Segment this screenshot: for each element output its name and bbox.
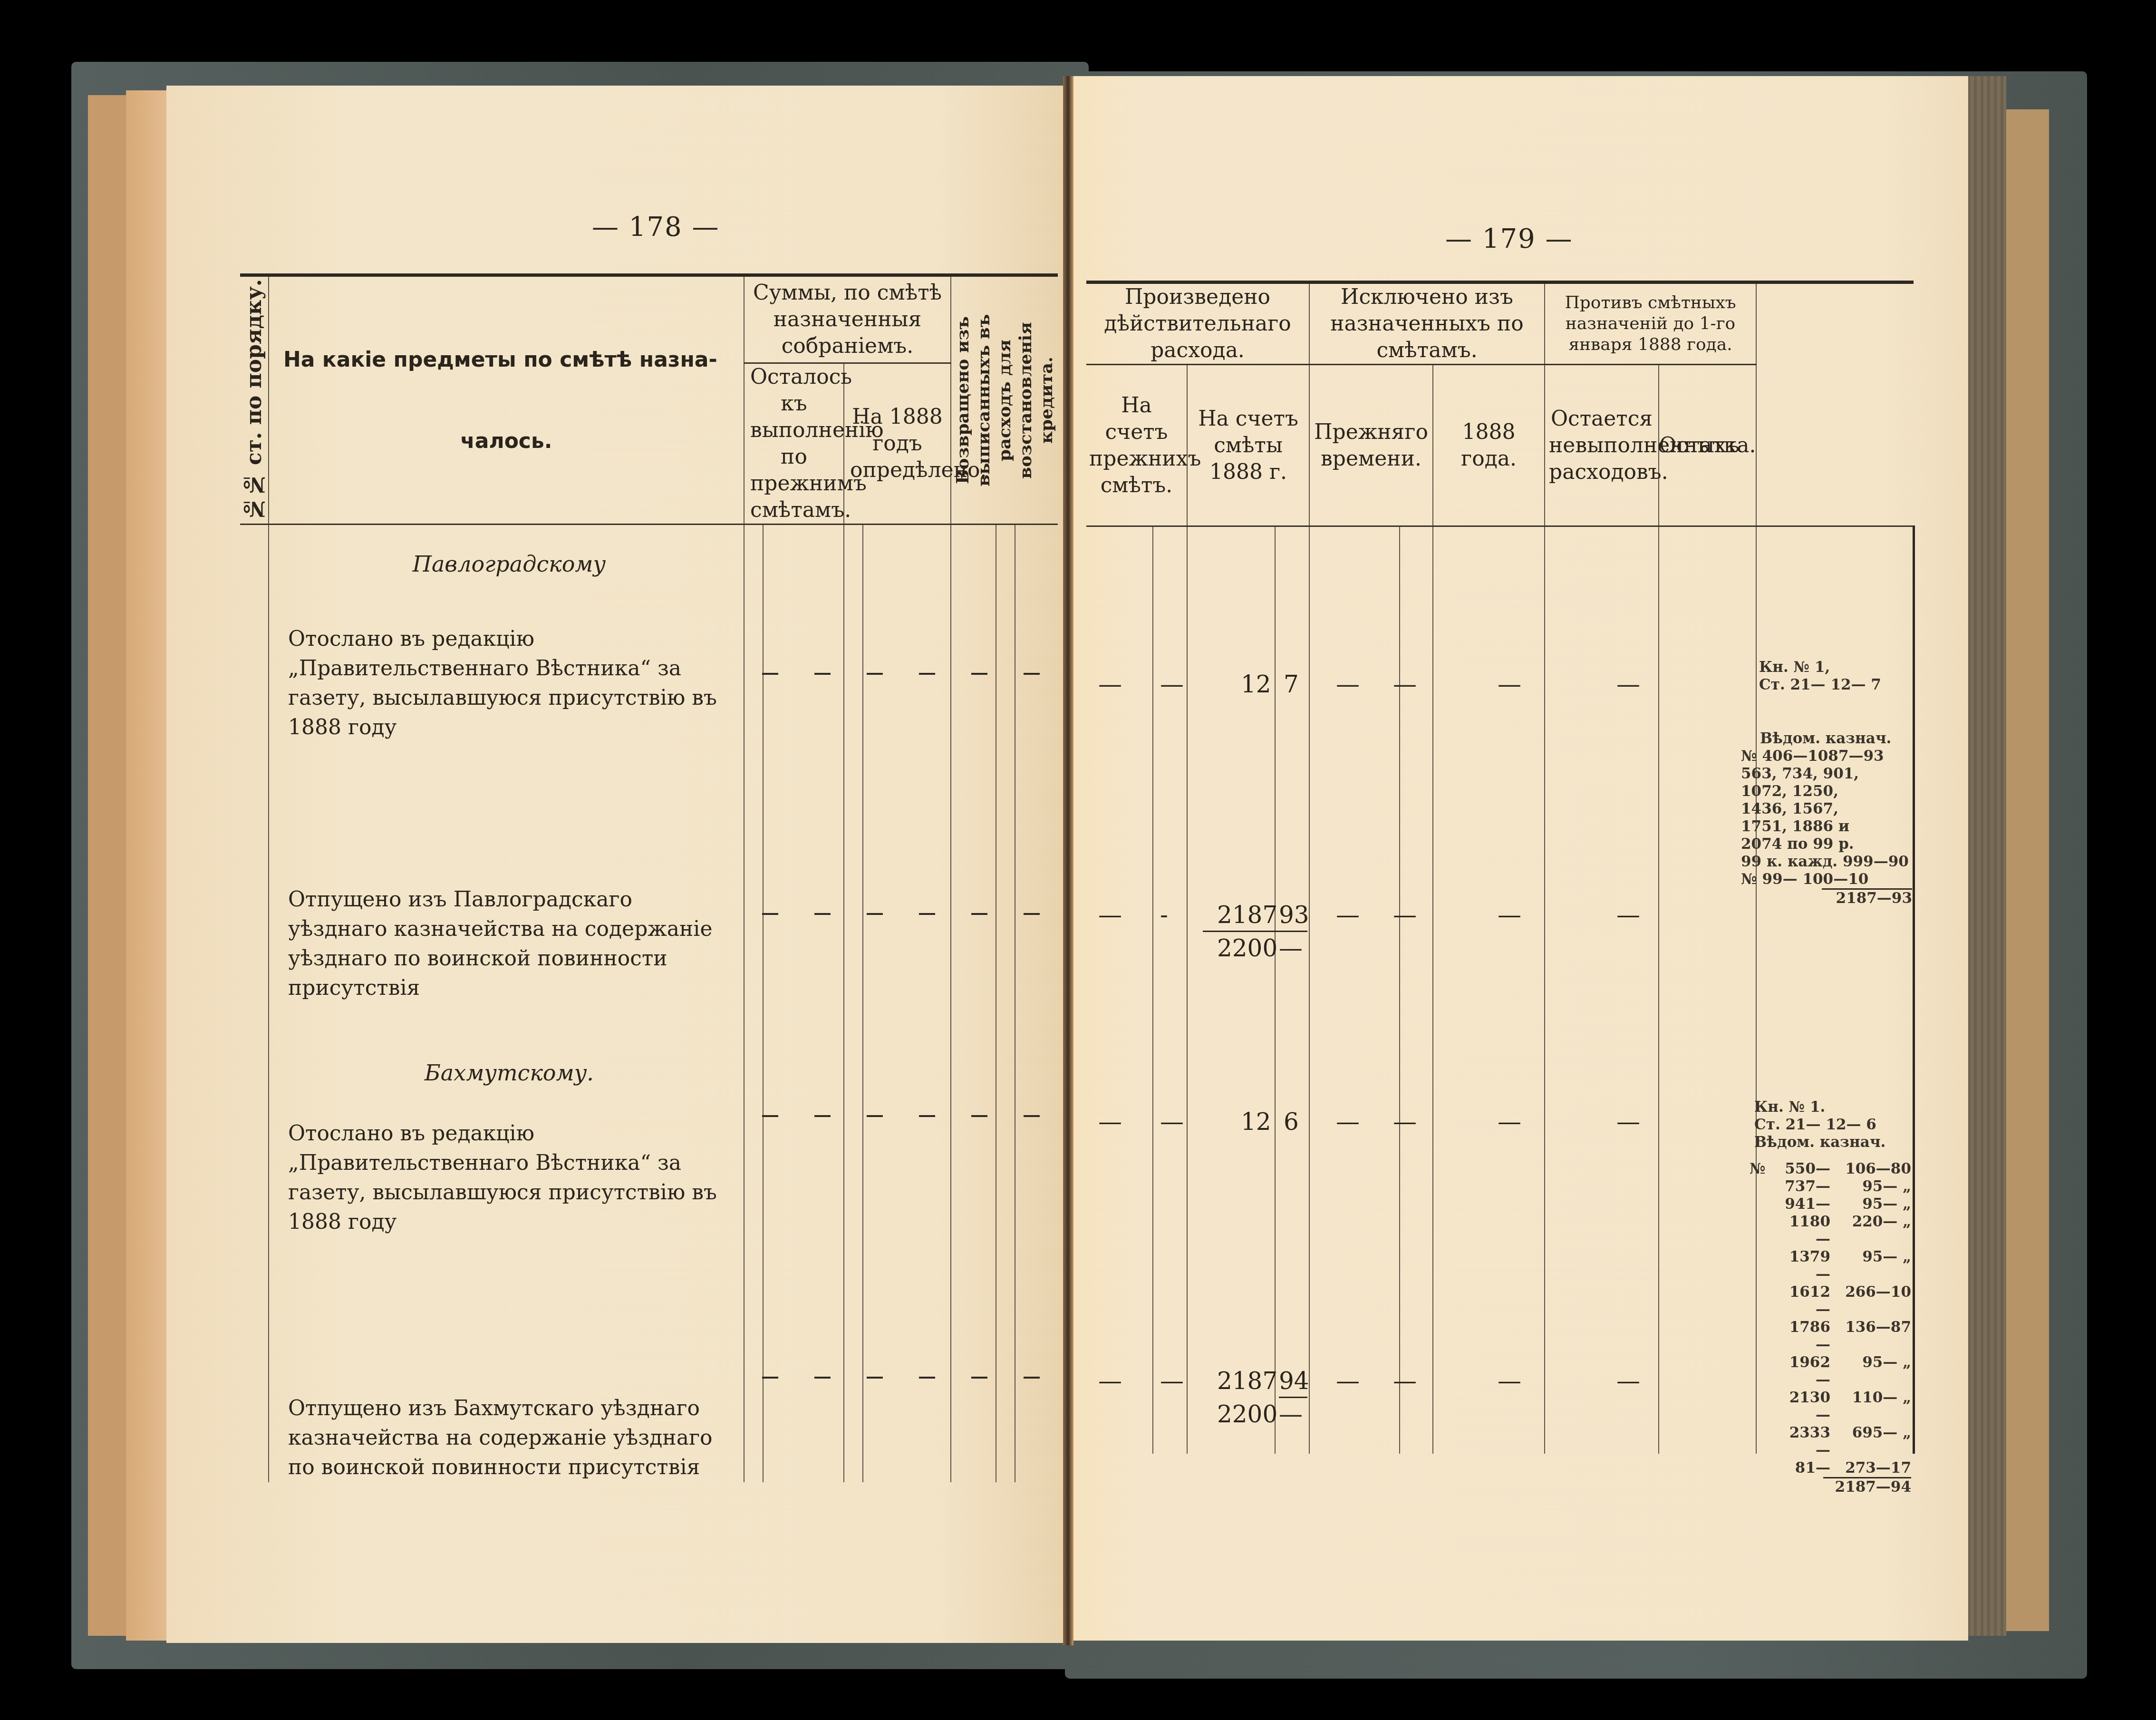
entry-text-3: Отослано въ редакцію „Правительственнаго…	[288, 1119, 730, 1237]
ref-cell	[1750, 1354, 1769, 1389]
ref-line: 99 к. кажд. 999—90	[1741, 853, 1912, 871]
col-1888-header: На 1888 годъ опредѣлено.	[844, 363, 951, 525]
ref-cell: 220— „	[1840, 1213, 1911, 1248]
ref-cell: 95— „	[1840, 1178, 1911, 1195]
group-excluded-header: Исключено изъ назначенныхъ по смѣтамъ.	[1309, 282, 1545, 365]
row2-references: Вѣдом. казнач. № 406—1087—93 563, 734, 9…	[1741, 730, 1912, 907]
dash	[971, 673, 987, 675]
row4-k1888: 94	[1279, 1367, 1309, 1395]
ref-line: Кн. № 1,	[1759, 659, 1911, 676]
col-prev-header: На счетъ прежнихъ смѣтъ.	[1086, 365, 1187, 526]
ref-cell: 1786—	[1778, 1319, 1830, 1354]
entry-text-4: Отпущено изъ Бахмутскаго уѣзднаго казнач…	[288, 1394, 730, 1482]
entry-text-2: Отпущено изъ Павлоградскаго уѣзднаго каз…	[288, 885, 730, 1003]
col-1888-r-cell	[1187, 526, 1275, 1454]
dash	[919, 673, 935, 675]
col-1888-k-cell	[1275, 526, 1309, 1454]
row2-k1888: 93	[1279, 901, 1309, 929]
ref-cell: 2130—	[1778, 1389, 1830, 1424]
dash	[1024, 673, 1040, 675]
dash	[971, 1377, 987, 1379]
dash	[814, 673, 831, 675]
dash	[971, 1115, 987, 1117]
ref-line: 2074 по 99 р.	[1741, 836, 1912, 853]
dash	[867, 673, 883, 675]
col-remaining-k-cell	[763, 525, 844, 1483]
dash	[867, 1115, 883, 1117]
col-number-cell	[240, 525, 269, 1483]
references-header	[1756, 282, 1914, 526]
row3-remainder: —	[1616, 1108, 1640, 1136]
entry-values-4	[744, 1377, 1058, 1379]
ref-cell: 1962—	[1778, 1354, 1830, 1389]
col-remaining-r-cell	[744, 525, 763, 1483]
page-edges-right	[1963, 76, 2006, 1636]
ref-cell: 737—	[1778, 1178, 1830, 1195]
dash	[867, 913, 883, 915]
row4-references: №550—106—80 737—95— „ 941—95— „ 1180—220…	[1750, 1160, 1911, 1496]
row1-remainder: —	[1616, 671, 1640, 698]
row1-prev-time: —	[1336, 671, 1360, 698]
row1-unexec: —	[1498, 671, 1521, 698]
col-prev-time-header: Прежняго времени.	[1309, 365, 1433, 526]
row3-r1888: 12	[1241, 1108, 1271, 1136]
col-sums-group-header: Суммы, по смѣтѣ назначенныя собраніемъ.	[744, 275, 951, 363]
col-returned-label: Возвращено изъ выписанныхъ въ расходъ дл…	[952, 289, 1057, 512]
ref-total: 2187—93	[1822, 888, 1912, 907]
endpaper-left	[88, 95, 131, 1636]
row1-year1888: —	[1393, 671, 1417, 698]
dash	[1024, 913, 1040, 915]
page-number-left: — 178 —	[592, 212, 720, 243]
dash	[762, 913, 778, 915]
ref-cell: 136—87	[1840, 1319, 1911, 1354]
col-1888-k-cell	[863, 525, 951, 1483]
col-returned-a-cell	[951, 525, 996, 1483]
entry-values-1	[744, 673, 1058, 675]
group-actual-header: Произведено дѣйствительнаго расхода.	[1086, 282, 1309, 365]
row4-prev: —	[1098, 1367, 1122, 1395]
ref-cell: 1612—	[1778, 1283, 1830, 1319]
row4-year1888: —	[1393, 1367, 1417, 1395]
dash	[919, 913, 935, 915]
dash	[762, 673, 778, 675]
row4-unexec: —	[1498, 1367, 1521, 1395]
ref-cell	[1750, 1319, 1769, 1354]
ref-row: 1379—95— „	[1750, 1248, 1911, 1283]
dash	[919, 1115, 935, 1117]
ref-row: 1786—136—87	[1750, 1319, 1911, 1354]
col-remainder-header: Остатка.	[1659, 365, 1756, 526]
ledger-table-left: №№ ст. по порядку. На какіе предметы по …	[240, 273, 1058, 1482]
ref-cell: 1379—	[1778, 1248, 1830, 1283]
ref-line: 1436, 1567,	[1741, 800, 1912, 818]
ref-line: 1751, 1886 и	[1741, 818, 1912, 836]
col-prev-time-r-cell	[1309, 526, 1400, 1454]
ref-line: Ст. 21— 12— 7	[1759, 676, 1911, 694]
ref-cell: 106—80	[1840, 1160, 1911, 1178]
col-subject-label-2: чалось.	[283, 429, 729, 453]
row3-prev: —	[1098, 1108, 1122, 1136]
row2-year1888: —	[1393, 901, 1417, 929]
ref-cell	[1750, 1283, 1769, 1319]
dash	[919, 1377, 935, 1379]
group-against-header: Противъ смѣтныхъ назначеній до 1-го янва…	[1545, 282, 1756, 365]
row2-remainder: —	[1616, 901, 1640, 929]
ref-cell	[1750, 1459, 1769, 1477]
row2-prev-k: -	[1160, 901, 1168, 929]
col-returned-b-cell	[996, 525, 1015, 1483]
ref-title: Вѣдом. казнач.	[1741, 730, 1912, 748]
ref-line: Ст. 21— 12— 6	[1754, 1116, 1911, 1134]
entry-values-2	[744, 913, 1058, 915]
col-prev-r-cell	[1086, 526, 1153, 1454]
col-1888-year-cell	[1433, 526, 1545, 1454]
dash	[1024, 1377, 1040, 1379]
col-subject-header: На какіе предметы по смѣтѣ назна- чалось…	[269, 275, 744, 525]
col-number-label: №№ ст. по порядку.	[241, 279, 268, 521]
entry-values-3	[744, 1115, 1058, 1117]
ref-cell: 550—	[1778, 1160, 1830, 1178]
ref-total: 2187—94	[1823, 1477, 1911, 1496]
col-prev-k-cell	[1153, 526, 1187, 1454]
dash	[867, 1377, 883, 1379]
ref-line: Кн. № 1.	[1754, 1098, 1911, 1116]
ref-cell	[1750, 1178, 1769, 1195]
ref-cell	[1750, 1389, 1769, 1424]
ref-row: №550—106—80	[1750, 1160, 1911, 1178]
row2-total-r: 2200	[1217, 934, 1277, 962]
col-returned-header: Возвращено изъ выписанныхъ въ расходъ дл…	[951, 275, 1058, 525]
row4-r1888: 2187	[1217, 1367, 1277, 1395]
dash	[814, 1377, 831, 1379]
row3-k1888: 6	[1284, 1108, 1299, 1136]
ref-cell: 1180—	[1778, 1213, 1830, 1248]
col-1888-header: На счетъ смѣты 1888 г.	[1187, 365, 1309, 526]
row4-prev-k: —	[1160, 1367, 1184, 1395]
row1-references: Кн. № 1, Ст. 21— 12— 7	[1759, 659, 1911, 694]
row3-references: Кн. № 1. Ст. 21— 12— 6 Вѣдом. казнач.	[1754, 1098, 1911, 1151]
ref-row: 1180—220— „	[1750, 1213, 1911, 1248]
entry-text-1: Отослано въ редакцію „Правительственнаго…	[288, 624, 730, 742]
ref-row: 941—95— „	[1750, 1195, 1911, 1213]
section-title-bakhmut: Бахмутскому.	[288, 1060, 730, 1086]
ref-cell: 81—	[1778, 1459, 1830, 1477]
sum-rule	[1203, 931, 1307, 932]
row3-year1888: —	[1393, 1108, 1417, 1136]
ref-cell: 95— „	[1840, 1354, 1911, 1389]
row4-total-k: —	[1279, 1400, 1303, 1428]
row3-prev-time: —	[1336, 1108, 1360, 1136]
col-returned-c-cell	[1015, 525, 1058, 1483]
row1-prev: —	[1098, 671, 1122, 698]
dash	[814, 1115, 831, 1117]
dash	[1024, 1115, 1040, 1117]
col-1888-r-cell	[844, 525, 863, 1483]
ref-cell: №	[1750, 1160, 1769, 1178]
row2-unexec: —	[1498, 901, 1521, 929]
ref-cell: 110— „	[1840, 1389, 1911, 1424]
subjects-column: Павлоградскому Отослано въ редакцію „Пра…	[269, 525, 744, 1483]
col-remainder-cell	[1659, 526, 1756, 1454]
row2-r1888: 2187	[1217, 901, 1277, 929]
row3-prev-k: —	[1160, 1108, 1184, 1136]
ref-cell	[1750, 1213, 1769, 1248]
ref-line: № 406—1087—93	[1741, 748, 1912, 765]
row4-prev-time: —	[1336, 1367, 1360, 1395]
ref-cell	[1750, 1424, 1769, 1459]
ref-cell: 95— „	[1840, 1195, 1911, 1213]
sum-rule	[1279, 1397, 1307, 1398]
ref-cell: 273—17	[1840, 1459, 1911, 1477]
ref-cell: 695— „	[1840, 1424, 1911, 1459]
row1-prev-k: —	[1160, 671, 1184, 698]
ref-row: 2333—695— „	[1750, 1424, 1911, 1459]
ref-row: 1612—266—10	[1750, 1283, 1911, 1319]
row1-r1888: 12	[1241, 671, 1271, 698]
dash	[762, 1115, 778, 1117]
row2-prev-time: —	[1336, 901, 1360, 929]
ref-cell	[1750, 1195, 1769, 1213]
ref-cell: 941—	[1778, 1195, 1830, 1213]
row4-total-r: 2200	[1217, 1400, 1277, 1428]
row4-remainder: —	[1616, 1367, 1640, 1395]
col-unexecuted-cell	[1545, 526, 1659, 1454]
col-number-header: №№ ст. по порядку.	[240, 275, 269, 525]
ref-line: 563, 734, 901,	[1741, 765, 1912, 783]
dash	[762, 1377, 778, 1379]
col-remaining-header: Осталось къ выполненію по прежнимъ смѣта…	[744, 363, 844, 525]
col-prev-time-k-cell	[1400, 526, 1433, 1454]
ref-title: Вѣдом. казнач.	[1754, 1134, 1911, 1151]
ref-line: 1072, 1250,	[1741, 783, 1912, 800]
row2-total-k: —	[1279, 934, 1303, 962]
dash	[971, 913, 987, 915]
ref-row: 737—95— „	[1750, 1178, 1911, 1195]
ref-row: 81—273—17	[1750, 1459, 1911, 1477]
col-unexecuted-header: Остается невыполненныхъ расходовъ.	[1545, 365, 1659, 526]
book-gutter	[1063, 76, 1073, 1645]
col-subject-label-1: На какіе предметы по смѣтѣ назна-	[283, 348, 729, 372]
dash	[814, 913, 831, 915]
ref-row: 1962—95— „	[1750, 1354, 1911, 1389]
ref-cell: 95— „	[1840, 1248, 1911, 1283]
col-1888-year-header: 1888 года.	[1433, 365, 1545, 526]
row3-unexec: —	[1498, 1108, 1521, 1136]
ref-cell	[1750, 1248, 1769, 1283]
row2-prev: —	[1098, 901, 1122, 929]
row1-k1888: 7	[1284, 671, 1299, 698]
ref-cell: 2333—	[1778, 1424, 1830, 1459]
page-number-right: — 179 —	[1445, 224, 1573, 254]
ref-line: № 99— 100—10	[1741, 871, 1912, 888]
ref-row: 2130—110— „	[1750, 1389, 1911, 1424]
ref-cell: 266—10	[1840, 1283, 1911, 1319]
section-title-pavlograd: Павлоградскому	[288, 551, 730, 577]
